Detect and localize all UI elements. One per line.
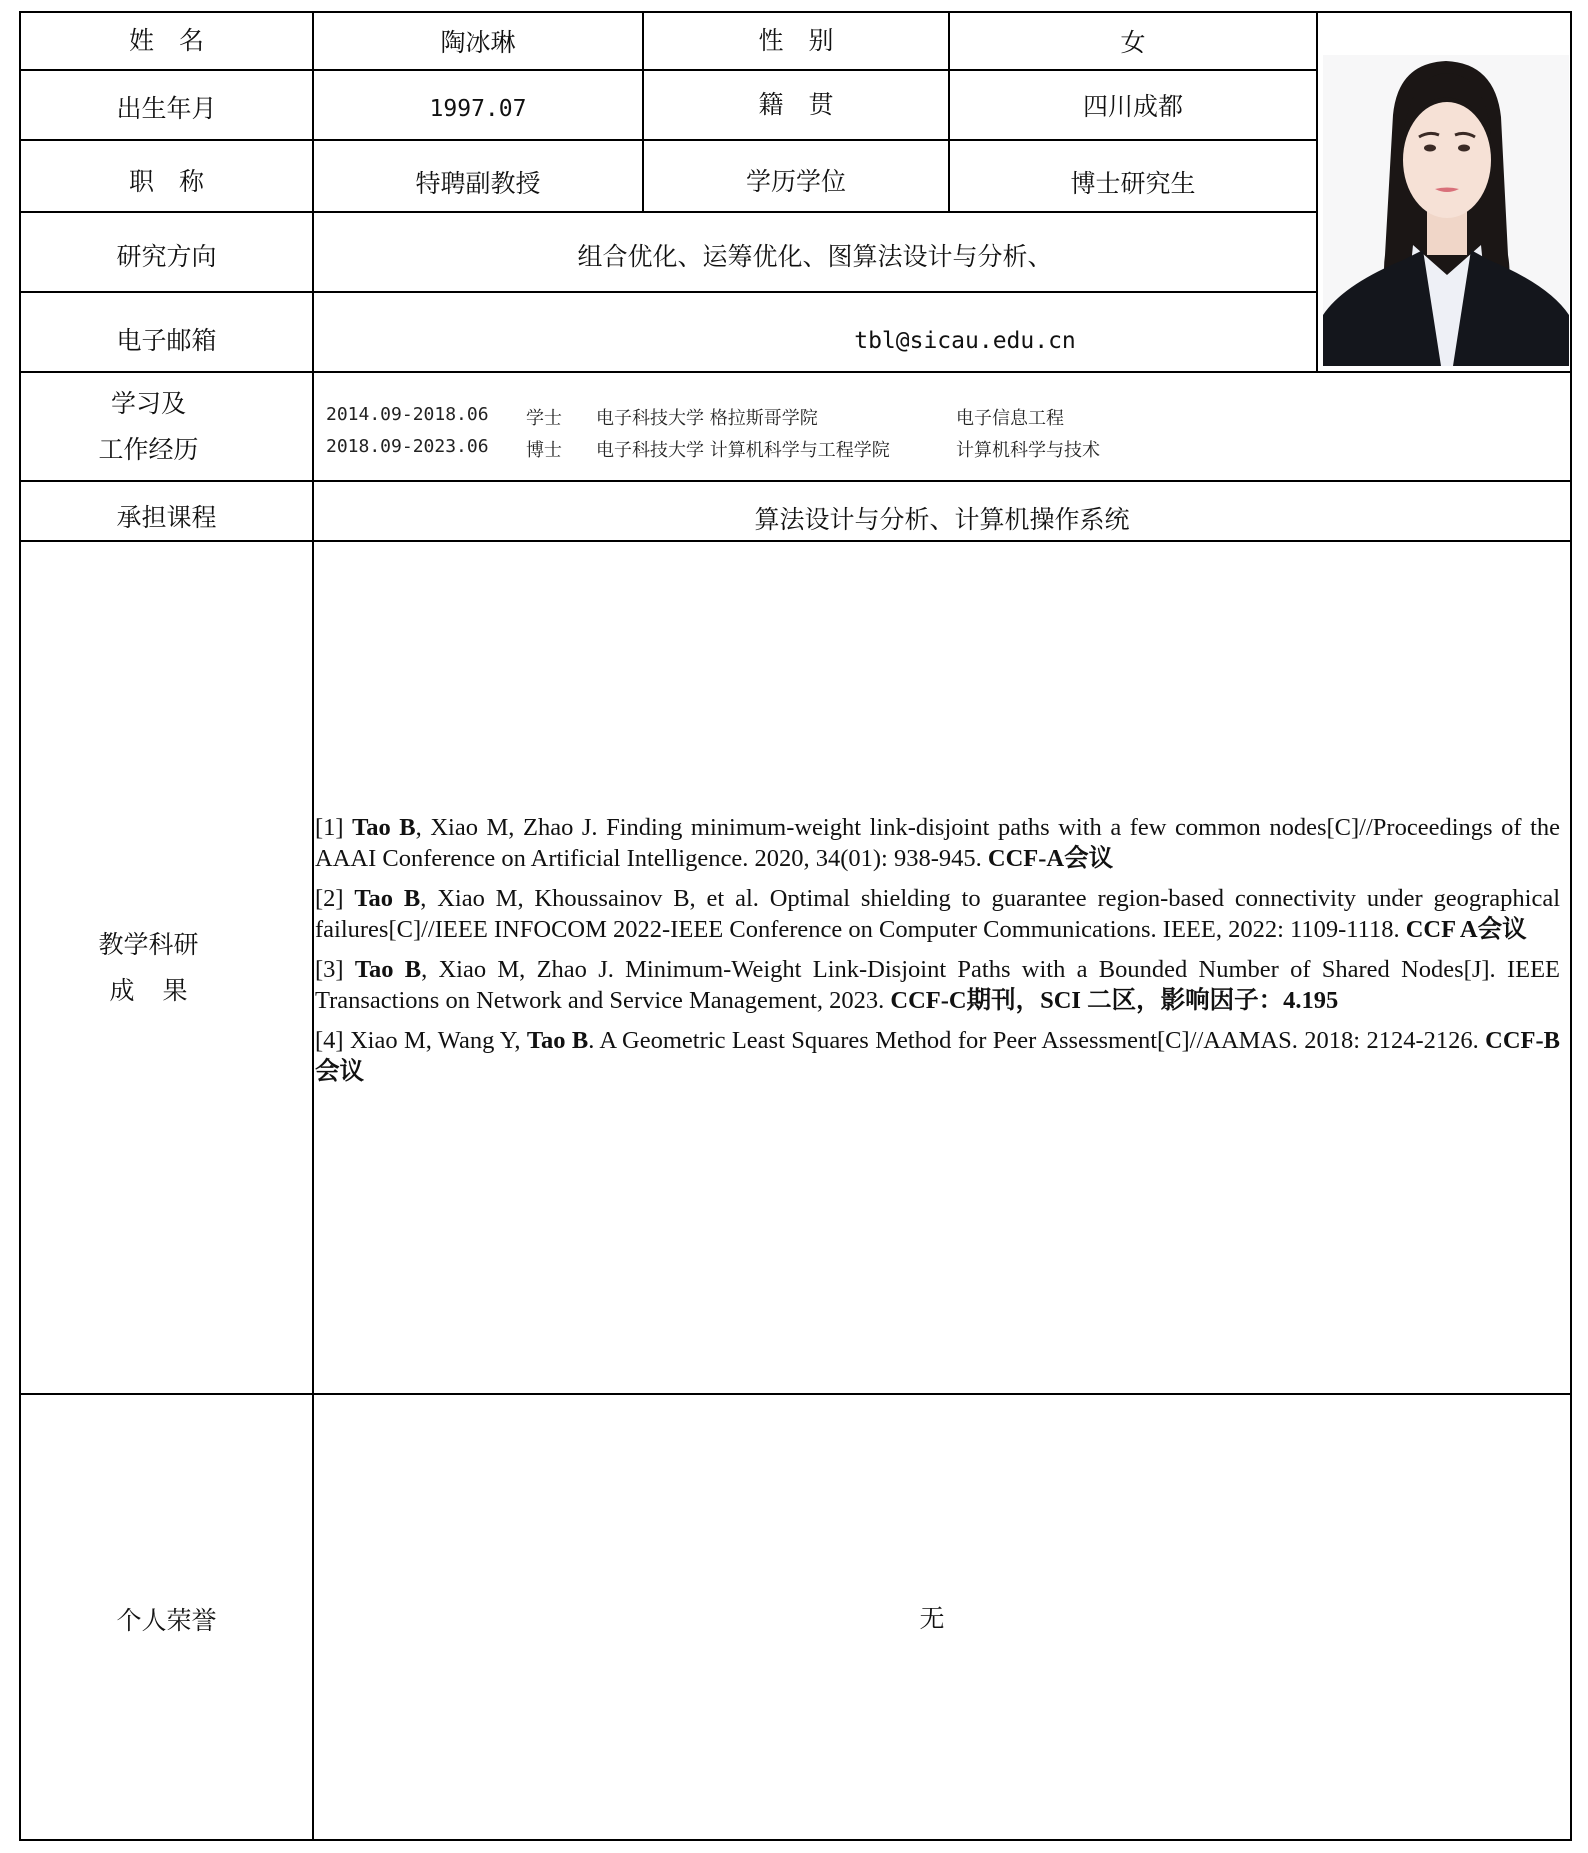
title-label: 职 称 [21,141,312,211]
experience-label-line1: 学习及 [111,381,186,427]
gender-label-text: 性 别 [758,22,833,61]
publication-number: [3] [315,956,355,983]
courses-label: 承担课程 [21,482,312,540]
research-value-text: 组合优化、运筹优化、图算法设计与分析、 [577,237,1052,273]
name-value: 陶冰琳 [314,13,642,69]
publication-author-highlight: Tao B [527,1027,588,1054]
experience-institution: 电子科技大学 计算机科学与工程学院 [596,436,956,462]
publication-number: [4] [315,1027,350,1054]
experience-item: 2014.09-2018.06 学士 电子科技大学 格拉斯哥学院 电子信息工程 [326,404,1064,430]
origin-value-text: 四川成都 [1083,87,1183,123]
name-label-text: 姓 名 [129,22,204,61]
publications-label-line1: 教学科研 [98,922,198,968]
publication-author-highlight: Tao B [354,885,420,912]
title-value: 特聘副教授 [314,141,642,211]
publication-author-highlight: Tao B [355,956,421,983]
experience-institution: 电子科技大学 格拉斯哥学院 [596,404,956,430]
birth-value-text: 1997.07 [430,96,527,122]
publication-item: [3] Tao B, Xiao M, Zhao J. Minimum-Weigh… [315,954,1560,1016]
research-label-text: 研究方向 [116,238,216,277]
publication-item: [1] Tao B, Xiao M, Zhao J. Finding minim… [315,812,1560,874]
col-line [1316,11,1318,372]
degree-value-text: 博士研究生 [1070,164,1195,200]
courses-label-text: 承担课程 [116,499,216,538]
name-label: 姓 名 [21,13,312,69]
email-value[interactable]: tbl@sicau.edu.cn [314,293,1316,371]
courses-value: 算法设计与分析、计算机操作系统 [314,482,1570,540]
birth-value: 1997.07 [314,71,642,139]
degree-label: 学历学位 [644,141,948,211]
title-value-text: 特聘副教授 [415,164,540,200]
experience-major: 电子信息工程 [956,404,1064,430]
experience-degree: 博士 [526,436,596,462]
publication-tag: CCF-C期刊，SCI 二区，影响因子：4.195 [890,987,1338,1014]
gender-value: 女 [950,13,1316,69]
birth-label-text: 出生年月 [116,90,216,129]
experience-label-line2: 工作经历 [98,427,198,473]
gender-value-text: 女 [1120,23,1145,59]
experience-major: 计算机科学与技术 [956,436,1100,462]
experience-item: 2018.09-2023.06 博士 电子科技大学 计算机科学与工程学院 计算机… [326,436,1100,462]
publication-coauthors: Xiao M, Wang Y, [350,1027,527,1054]
experience-label: 学习及 工作经历 [21,373,312,480]
publication-tag: CCF A会议 [1406,916,1527,943]
honors-label: 个人荣誉 [21,1395,312,1839]
email-link[interactable]: tbl@sicau.edu.cn [854,328,1076,354]
publication-item: [4] Xiao M, Wang Y, Tao B. A Geometric L… [315,1025,1560,1087]
portrait-image-icon [1323,55,1569,366]
gender-label: 性 别 [644,13,948,69]
courses-value-text: 算法设计与分析、计算机操作系统 [754,500,1129,536]
publication-citation: , Xiao M, Zhao J. Finding minimum-weight… [315,814,1560,872]
honors-label-text: 个人荣誉 [116,1602,216,1641]
degree-value: 博士研究生 [950,141,1316,211]
origin-label: 籍 贯 [644,71,948,139]
publication-tag: CCF-A会议 [988,845,1113,872]
honors-value: 无 [314,1395,1570,1839]
publication-number: [1] [315,814,352,841]
publications-list: [1] Tao B, Xiao M, Zhao J. Finding minim… [315,812,1560,1096]
publication-citation: . A Geometric Least Squares Method for P… [588,1027,1485,1054]
degree-label-text: 学历学位 [746,163,846,202]
publications-label: 教学科研 成 果 [21,542,312,1393]
email-label: 电子邮箱 [21,293,312,371]
publication-number: [2] [315,885,354,912]
research-value: 组合优化、运筹优化、图算法设计与分析、 [314,213,1316,291]
title-label-text: 职 称 [129,163,204,202]
birth-label: 出生年月 [21,71,312,139]
experience-period: 2018.09-2023.06 [326,436,526,462]
experience-degree: 学士 [526,404,596,430]
table-border-right [1570,11,1572,1841]
origin-label-text: 籍 贯 [758,86,833,125]
email-label-text: 电子邮箱 [116,322,216,361]
honors-value-text: 无 [919,1599,944,1635]
name-value-text: 陶冰琳 [440,23,515,59]
publications-label-line2: 成 果 [100,968,198,1014]
publication-author-highlight: Tao B [352,814,416,841]
publication-citation: , Xiao M, Khoussainov B, et al. Optimal … [315,885,1560,943]
table-border-bottom [20,1839,1572,1841]
origin-value: 四川成都 [950,71,1316,139]
experience-period: 2014.09-2018.06 [326,404,526,430]
publication-item: [2] Tao B, Xiao M, Khoussainov B, et al.… [315,883,1560,945]
research-label: 研究方向 [21,213,312,291]
portrait-photo [1323,55,1569,366]
